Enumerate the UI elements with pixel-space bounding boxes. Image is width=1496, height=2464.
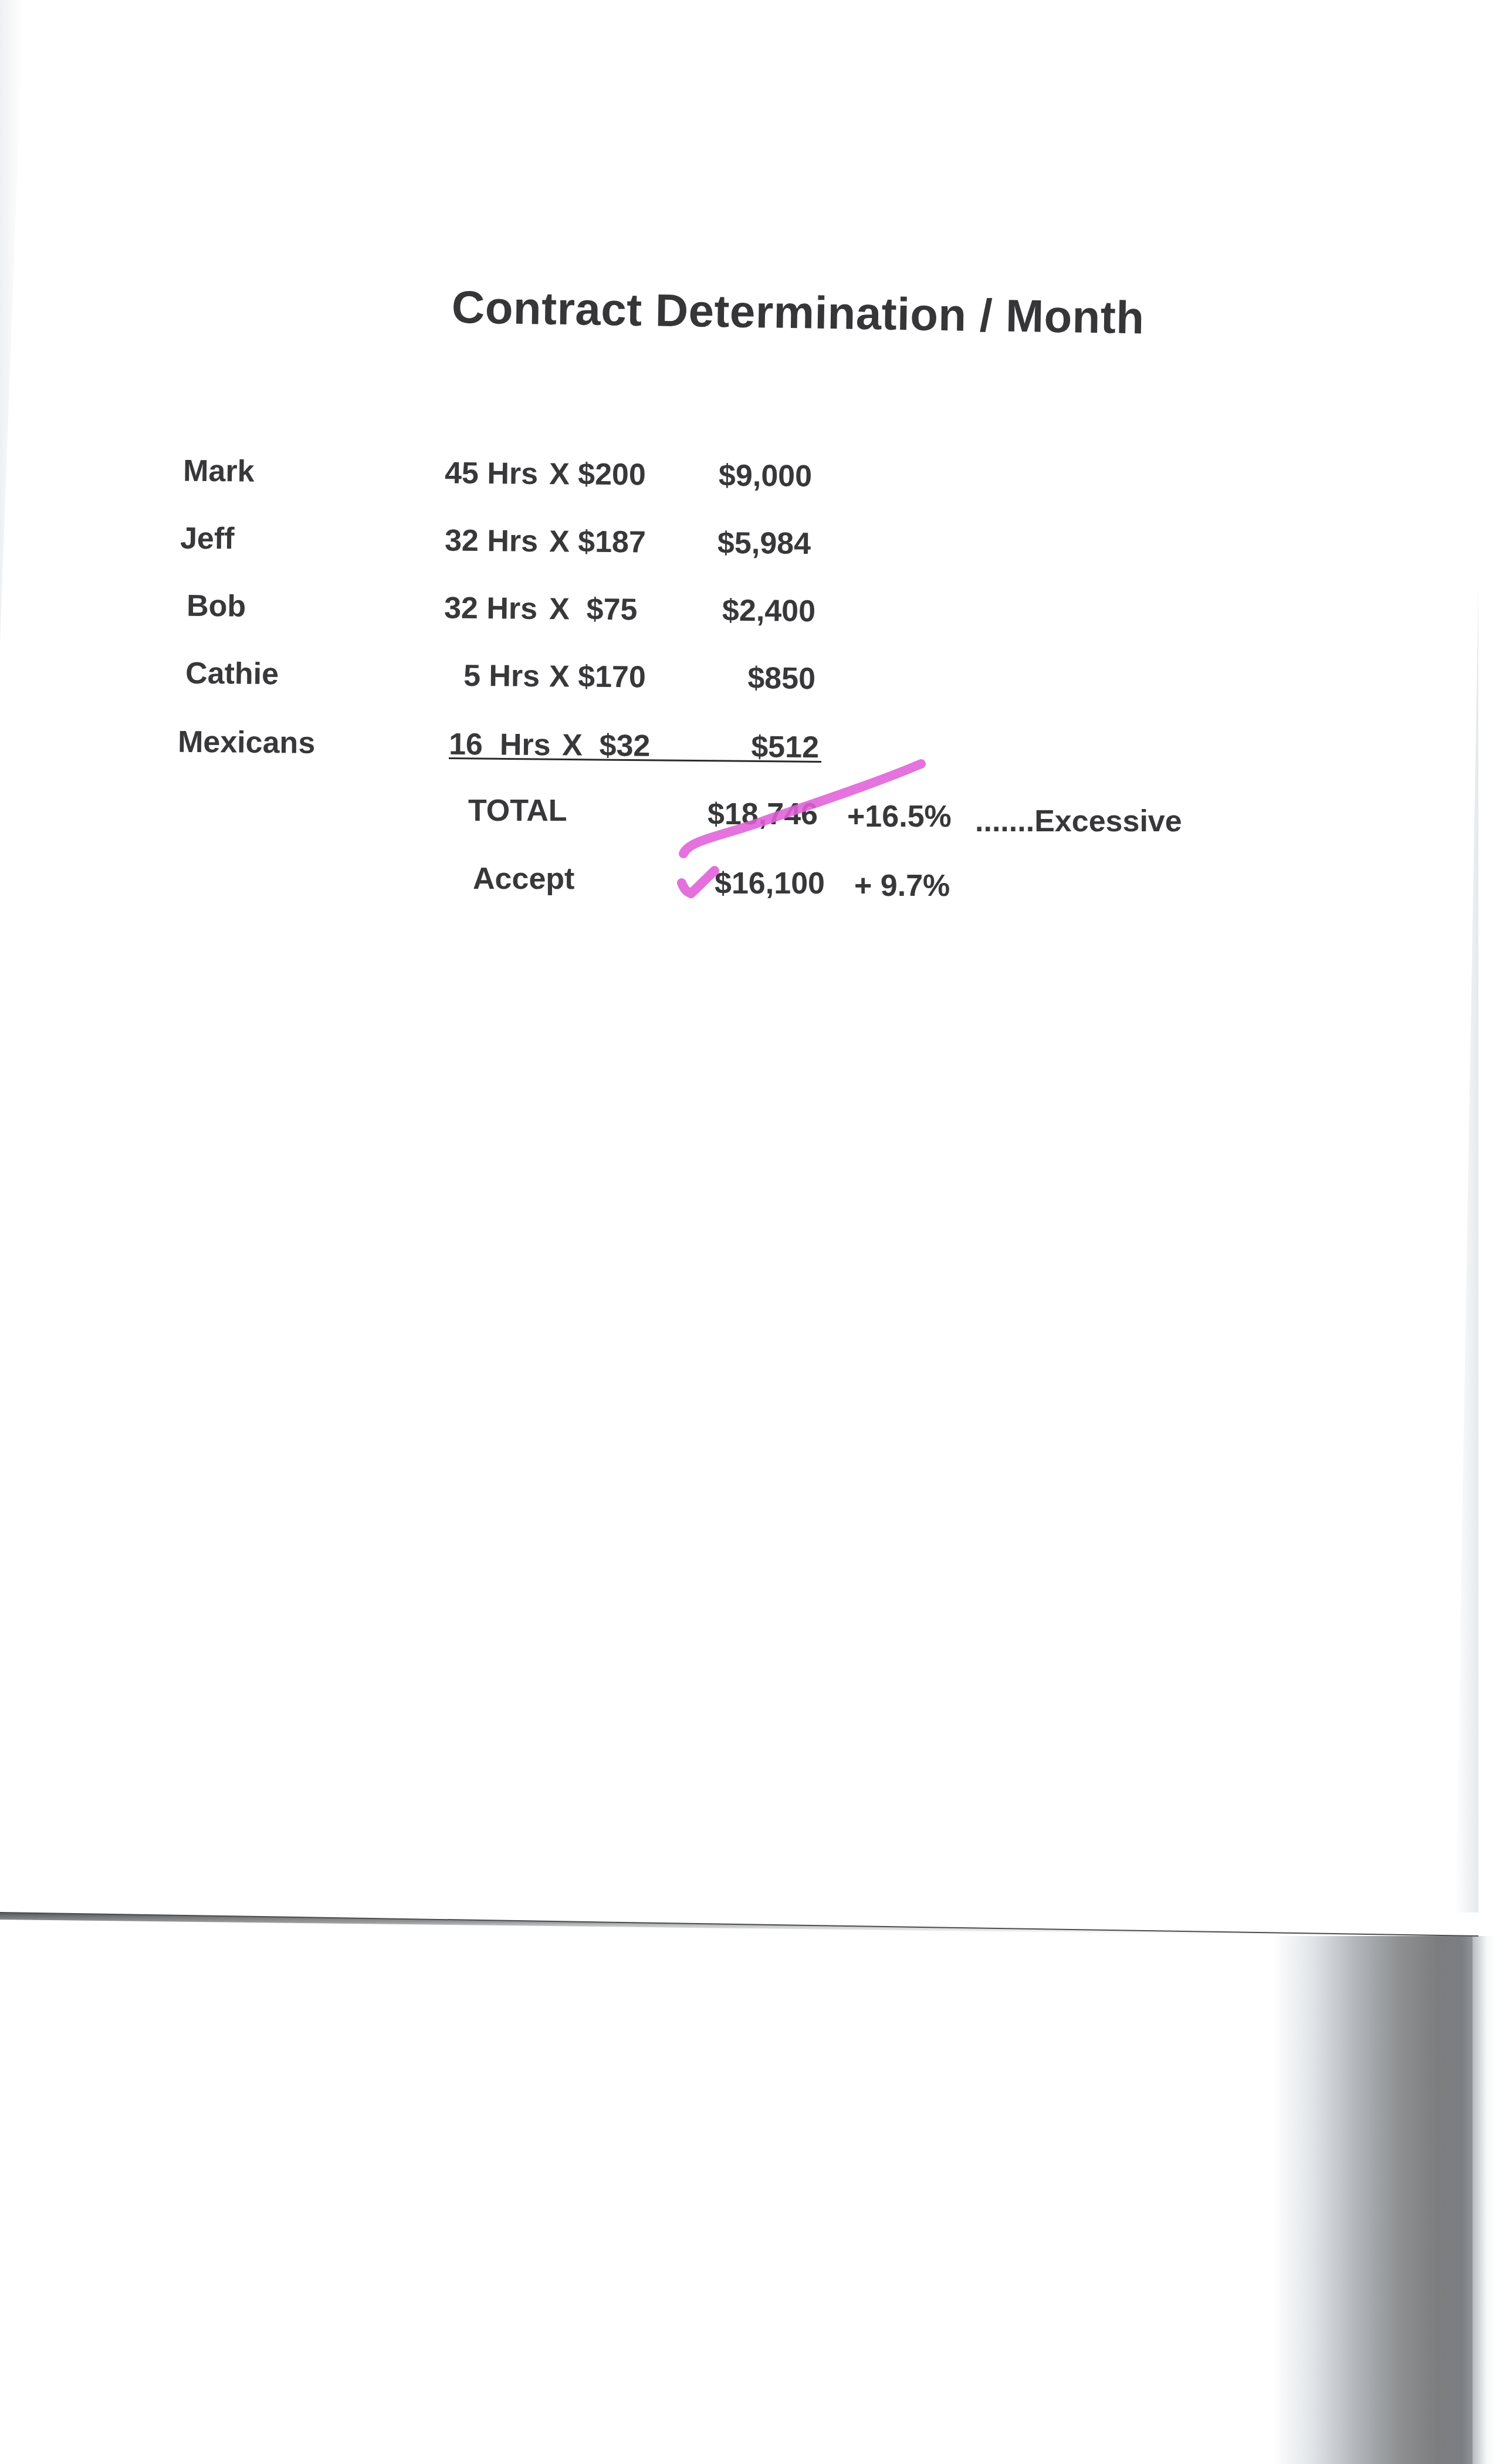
table-row: Jeff 32 Hrs X $187 $5,984 xyxy=(0,519,1173,576)
total-note: .......Excessive xyxy=(975,804,1182,839)
amount: $2,400 xyxy=(663,593,816,629)
worker-name: Bob xyxy=(187,588,246,624)
amount: $5,984 xyxy=(658,525,811,561)
accept-amount: $16,100 xyxy=(715,866,825,901)
accept-change: + 9.7% xyxy=(854,868,950,903)
amount: $850 xyxy=(663,660,816,696)
rate: X $170 xyxy=(549,659,646,695)
table-row: Cathie 5 Hrs X $170 $850 xyxy=(0,654,1173,711)
rate: X $75 xyxy=(549,591,638,627)
scanned-sheet: Contract Determination / Month Mark 45 H… xyxy=(0,0,1478,1930)
scan-shadow-right xyxy=(1455,587,1478,1936)
worker-name: Jeff xyxy=(180,521,235,557)
scanner-shadow xyxy=(1273,1936,1478,2464)
table-row: Mexicans 16 Hrs X $32 $512 xyxy=(0,723,1173,780)
hours: 32 Hrs xyxy=(445,523,539,559)
worker-name: Mexicans xyxy=(178,725,316,761)
document-title: Contract Determination / Month xyxy=(451,280,1145,345)
sheet-bottom-edge xyxy=(0,1911,1478,1937)
rate: X $200 xyxy=(549,456,646,492)
total-change: +16.5% xyxy=(847,799,952,834)
table-row: Bob 32 Hrs X $75 $2,400 xyxy=(0,587,1173,644)
hours: 45 Hrs xyxy=(445,456,539,492)
scanner-edge xyxy=(1473,1936,1496,2464)
table-row: Mark 45 Hrs X $200 $9,000 xyxy=(0,452,1173,509)
accept-label: Accept xyxy=(473,861,574,896)
scanner-bed xyxy=(0,1913,1496,2464)
total-amount: $18,746 xyxy=(708,797,818,832)
hours: 5 Hrs xyxy=(463,658,540,694)
amount: $9,000 xyxy=(659,458,813,494)
worker-name: Mark xyxy=(183,453,255,489)
rate: X $187 xyxy=(549,524,646,560)
total-label: TOTAL xyxy=(468,793,567,828)
worker-name: Cathie xyxy=(185,656,279,692)
hours: 32 Hrs xyxy=(444,591,538,627)
checkmark-icon xyxy=(682,871,715,893)
